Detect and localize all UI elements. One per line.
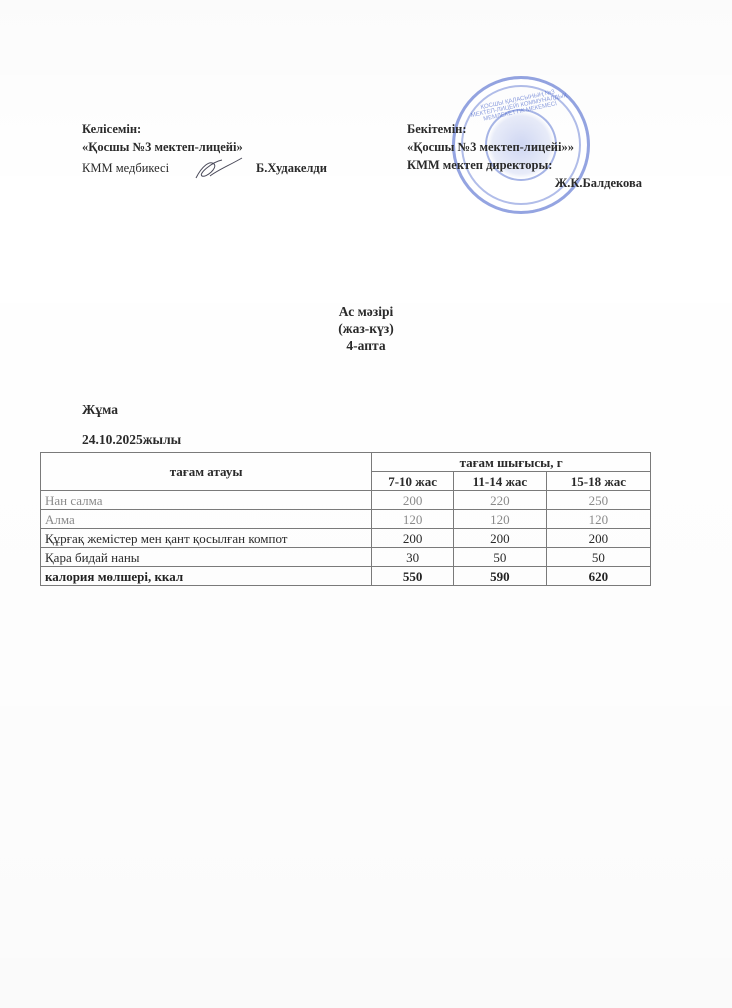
portion-value: 120 — [372, 510, 454, 529]
calorie-label: калория мөлшері, ккал — [41, 567, 372, 586]
signature-icon — [192, 156, 248, 180]
approved-organization: «Қосшы №3 мектеп-лицейі»» — [407, 138, 642, 156]
calorie-value: 590 — [453, 567, 546, 586]
dish-name: Қара бидай наны — [41, 548, 372, 567]
table-row: Құрғақ жемістер мен қант қосылған компот… — [41, 529, 651, 548]
header-output: тағам шығысы, г — [372, 453, 651, 472]
dish-name: Алма — [41, 510, 372, 529]
approved-role: КММ мектеп директоры: — [407, 156, 642, 174]
portion-value: 50 — [546, 548, 650, 567]
portion-value: 200 — [453, 529, 546, 548]
agreed-organization: «Қосшы №3 мектеп-лицейі» — [82, 138, 327, 156]
table-row: Қара бидай наны 30 50 50 — [41, 548, 651, 567]
calorie-value: 550 — [372, 567, 454, 586]
portion-value: 220 — [453, 491, 546, 510]
approval-approved-block: Бекітемін: «Қосшы №3 мектеп-лицейі»» КММ… — [407, 120, 642, 192]
calorie-value: 620 — [546, 567, 650, 586]
table-row: Алма 120 120 120 — [41, 510, 651, 529]
portion-value: 30 — [372, 548, 454, 567]
dish-name: Құрғақ жемістер мен қант қосылған компот — [41, 529, 372, 548]
document-title: Ас мәзірі (жаз-күз) 4-апта — [0, 303, 732, 354]
date-label: 24.10.2025жылы — [82, 425, 181, 455]
agreed-signature-row: КММ медбикесі Б.Худакелди — [82, 156, 327, 180]
portion-value: 200 — [372, 529, 454, 548]
approved-heading: Бекітемін: — [407, 120, 642, 138]
approved-name: Ж.К.Балдекова — [407, 174, 642, 192]
portion-value: 200 — [372, 491, 454, 510]
agreed-role: КММ медбикесі — [82, 159, 192, 177]
calorie-total-row: калория мөлшері, ккал 550 590 620 — [41, 567, 651, 586]
dish-name: Нан салма — [41, 491, 372, 510]
day-label: Жұма — [82, 395, 181, 425]
title-line-2: (жаз-күз) — [0, 320, 732, 337]
header-age-15-18: 15-18 жас — [546, 472, 650, 491]
portion-value: 250 — [546, 491, 650, 510]
title-line-1: Ас мәзірі — [0, 303, 732, 320]
portion-value: 120 — [546, 510, 650, 529]
portion-value: 200 — [546, 529, 650, 548]
header-dish-name: тағам атауы — [41, 453, 372, 491]
title-line-3: 4-апта — [0, 337, 732, 354]
day-date-block: Жұма 24.10.2025жылы — [82, 395, 181, 455]
agreed-heading: Келісемін: — [82, 120, 327, 138]
header-age-11-14: 11-14 жас — [453, 472, 546, 491]
portion-value: 120 — [453, 510, 546, 529]
table-row: Нан салма 200 220 250 — [41, 491, 651, 510]
menu-table: тағам атауы тағам шығысы, г 7-10 жас 11-… — [40, 452, 651, 586]
approval-agreed-block: Келісемін: «Қосшы №3 мектеп-лицейі» КММ … — [82, 120, 327, 180]
table-header-row: тағам атауы тағам шығысы, г — [41, 453, 651, 472]
portion-value: 50 — [453, 548, 546, 567]
agreed-name: Б.Худакелди — [256, 159, 327, 177]
header-age-7-10: 7-10 жас — [372, 472, 454, 491]
